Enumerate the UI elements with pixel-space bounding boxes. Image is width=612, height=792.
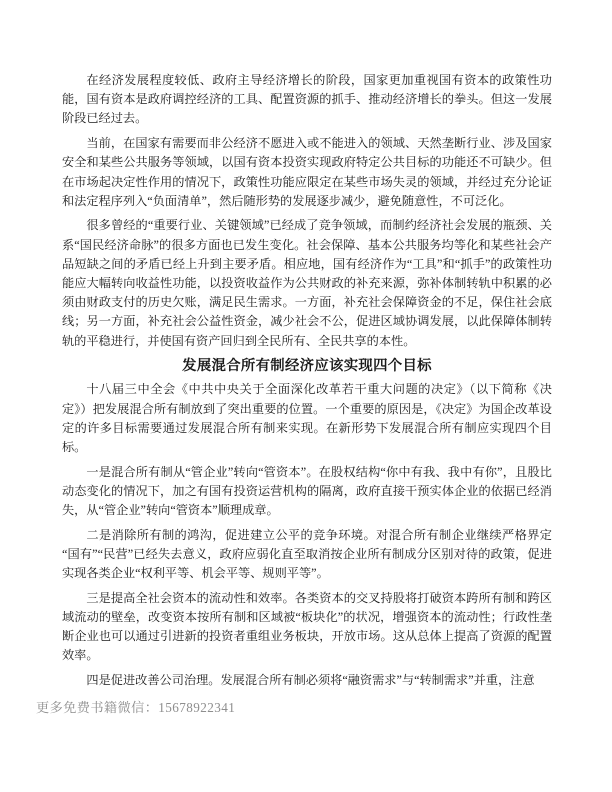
body-paragraph: 很多曾经的“重要行业、关键领域”已经成了竞争领域，而制约经济社会发展的瓶颈、关系… [62,216,552,350]
body-paragraph: 十八届三中全会《中共中央关于全面深化改革若干重大问题的决定》（以下简称《决定》）… [62,380,552,457]
page-content: 在经济发展程度较低、政府主导经济增长的阶段，国家更加重视国有资本的政策性功能，国… [62,71,552,712]
body-paragraph: 当前，在国家有需要而非公经济不愿进入或不能进入的领域、天然垄断行业、涉及国家安全… [62,134,552,211]
document-page: 在经济发展程度较低、政府主导经济增长的阶段，国家更加重视国有资本的政策性功能，国… [0,0,612,792]
body-paragraph: 三是提高全社会资本的流动性和效率。各类资本的交叉持股将打破资本跨所有制和跨区域流… [62,589,552,666]
body-paragraph: 在经济发展程度较低、政府主导经济增长的阶段，国家更加重视国有资本的政策性功能，国… [62,71,552,129]
section-heading: 发展混合所有制经济应该实现四个目标 [62,356,552,376]
body-paragraph-clipped: 四是促进改善公司治理。发展混合所有制必须将“融资需求”与“转制需求”并重，注意 [62,671,552,690]
watermark-text: 更多免费书籍微信：15678922341 [36,701,235,715]
body-paragraph: 二是消除所有制的鸿沟，促进建立公平的竞争环境。对混合所有制企业继续严格界定“国有… [62,526,552,584]
body-paragraph: 一是混合所有制从“管企业”转向“管资本”。在股权结构“你中有我、我中有你”，且股… [62,463,552,521]
